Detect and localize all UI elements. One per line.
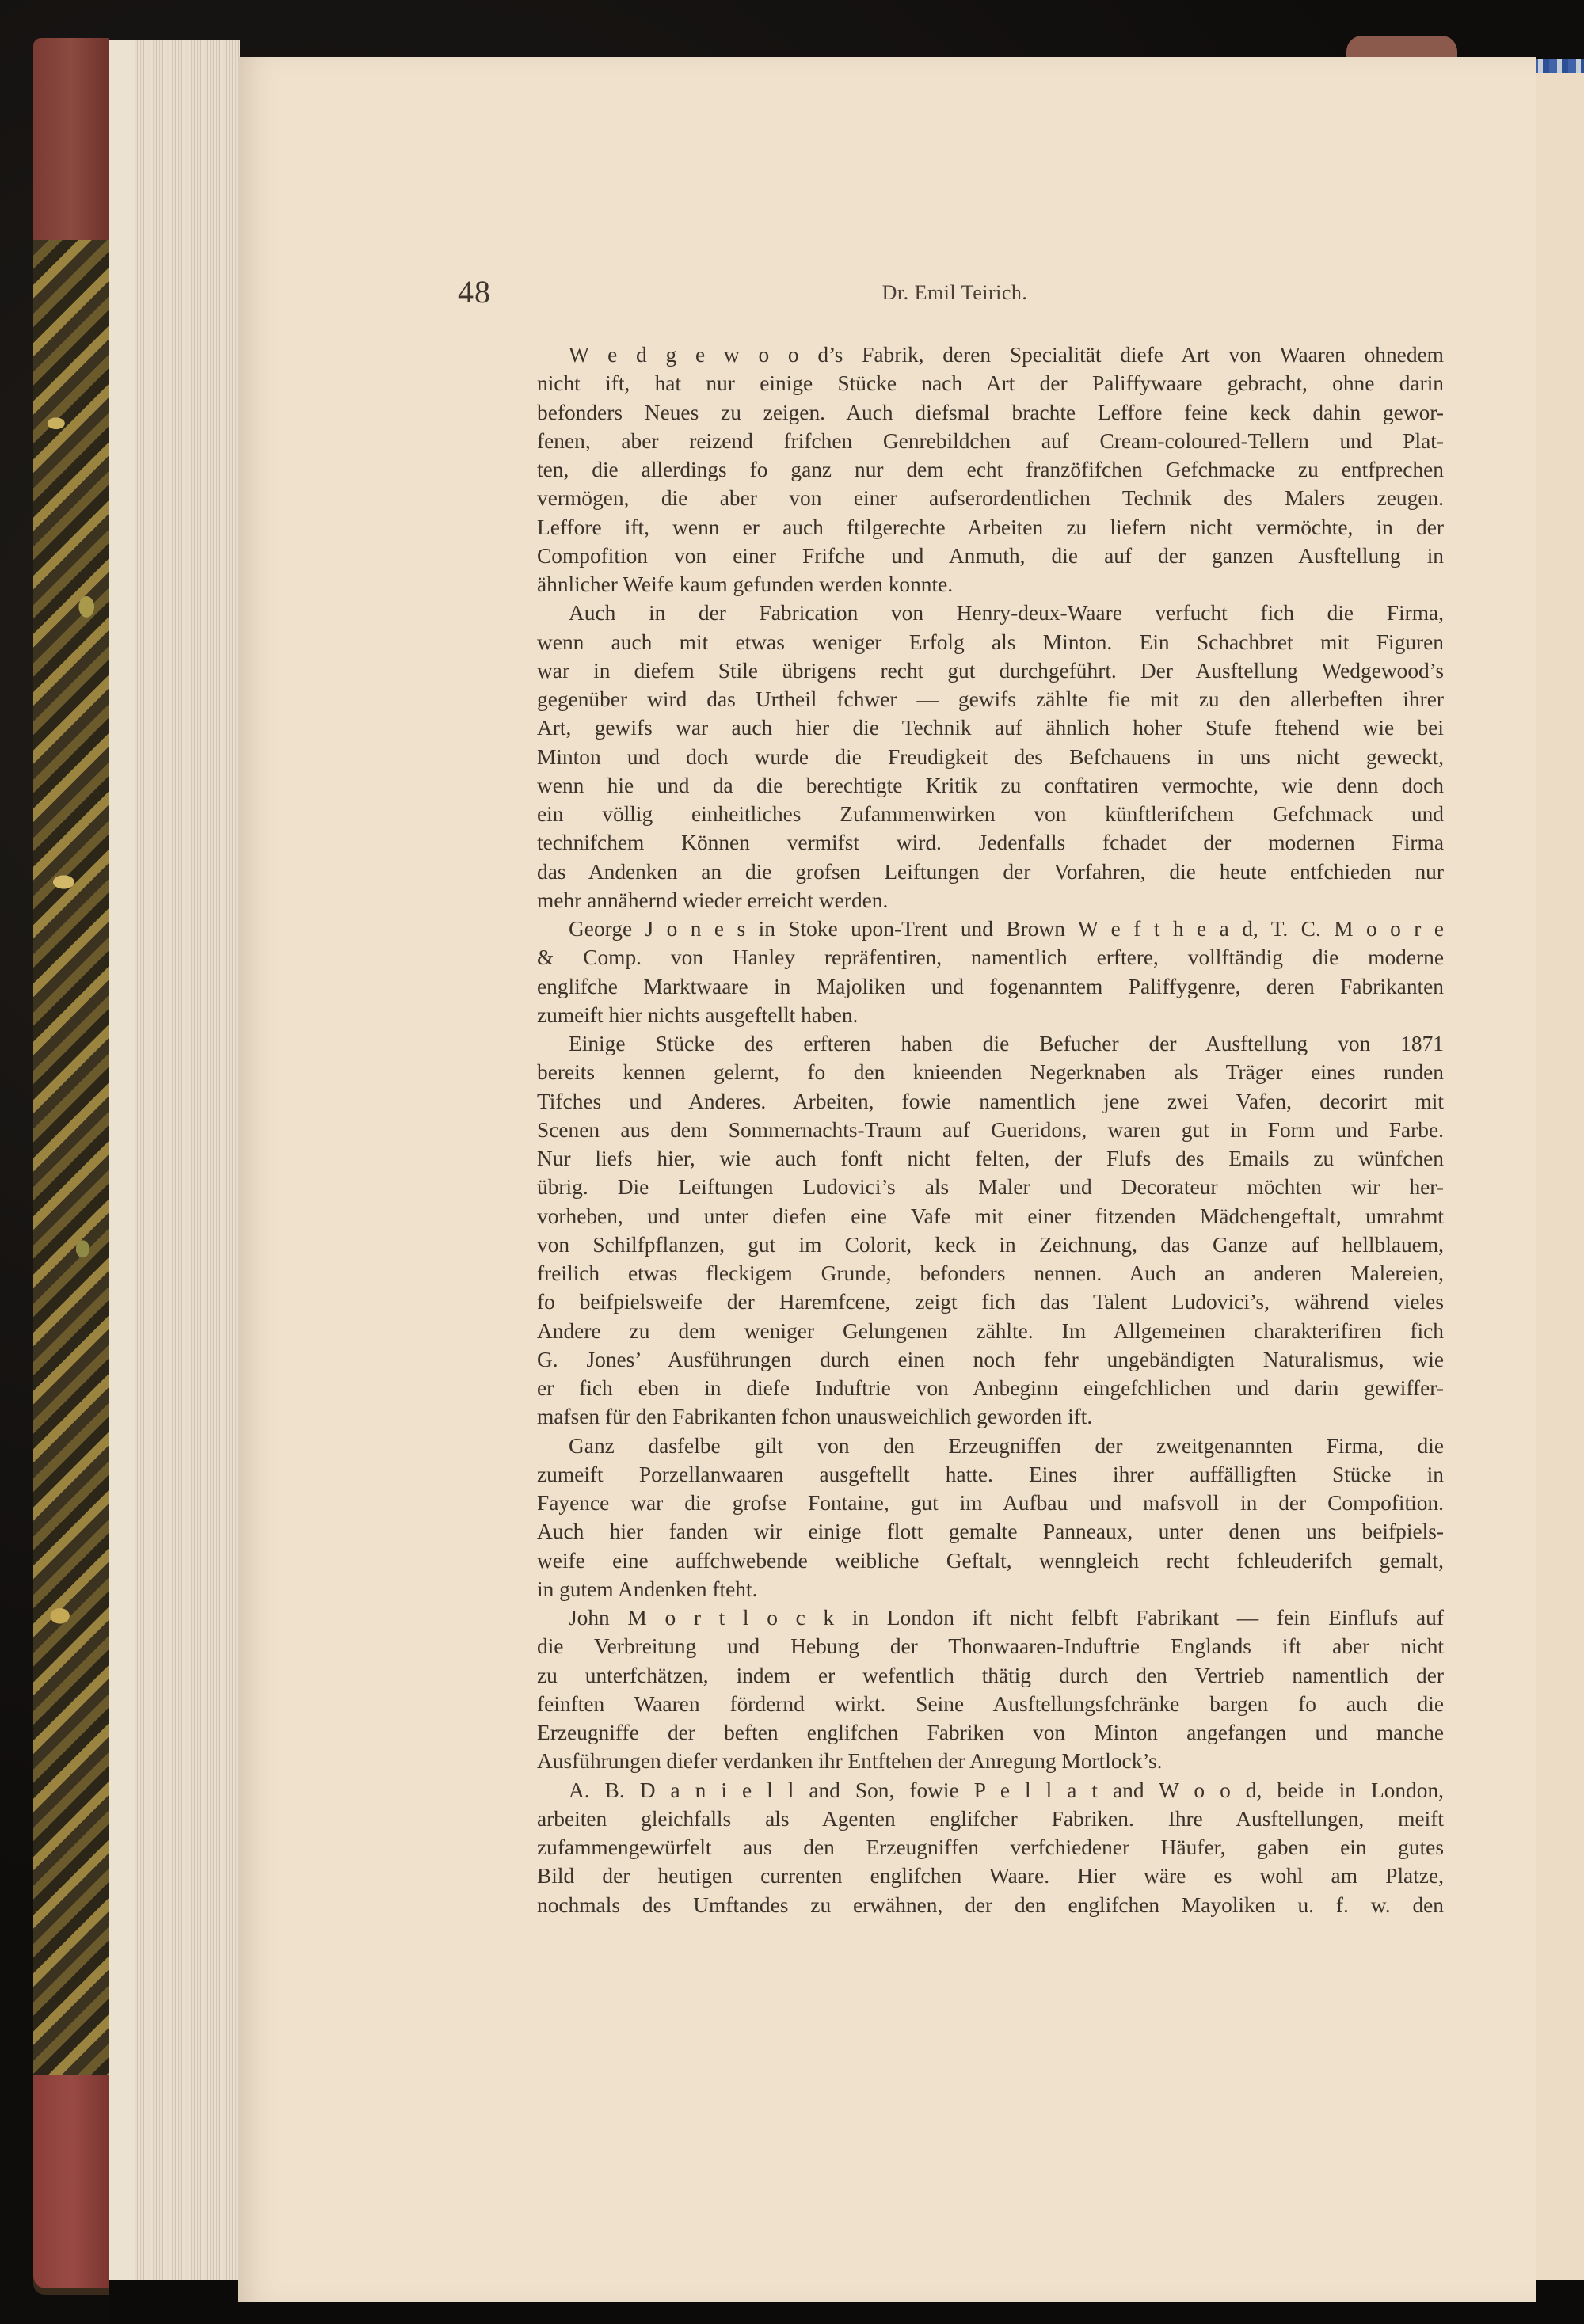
body-text: W e d g e w o o d’s Fabrik, deren Specia… <box>537 340 1444 1919</box>
text-line: Art, gewifs war auch hier die Technik au… <box>537 713 1444 742</box>
flyleaf-edge <box>109 40 135 2284</box>
text-line: feinften Waaren fördernd wirkt. Seine Au… <box>537 1690 1444 1718</box>
text-line: Auch hier fanden wir einige flott gemalt… <box>537 1517 1444 1546</box>
text-line: in gutem Andenken fteht. <box>537 1575 1444 1603</box>
text-line: Tifches und Anderes. Arbeiten, fowie nam… <box>537 1087 1444 1116</box>
text-line: war in diefem Stile übrigens recht gut d… <box>537 656 1444 685</box>
text-line: wenn auch mit etwas weniger Erfolg als M… <box>537 628 1444 656</box>
text-line: Nur liefs hier, wie auch fonft nicht fel… <box>537 1144 1444 1173</box>
facing-page-edge <box>1533 73 1584 2324</box>
text-line: Bild der heutigen currenten englifchen W… <box>537 1862 1444 1890</box>
text-line: vermögen, die aber von einer aufserorden… <box>537 484 1444 512</box>
text-line: weife eine auffchwebende weibliche Gefta… <box>537 1546 1444 1575</box>
paragraph: George J o n e s in Stoke upon-Trent und… <box>537 915 1444 1029</box>
text-line: englifche Marktwaare in Majoliken und fo… <box>537 972 1444 1001</box>
page-stack-edge <box>109 40 240 2284</box>
text-line: mafsen für den Fabrikanten fchon unauswe… <box>537 1402 1444 1431</box>
leather-corner-bottom <box>33 2075 109 2288</box>
paragraph: Einige Stücke des erfteren haben die Bef… <box>537 1029 1444 1432</box>
text-line: zumeift Porzellanwaaren ausgeftellt hatt… <box>537 1460 1444 1489</box>
text-line: Auch in der Fabrication von Henry-deux-W… <box>537 599 1444 627</box>
text-line: & Comp. von Hanley repräfentiren, nament… <box>537 943 1444 972</box>
text-line: er fich eben in diefe Induftrie von Anbe… <box>537 1374 1444 1402</box>
paragraph: A. B. D a n i e l l and Son, fowie P e l… <box>537 1776 1444 1919</box>
text-line: nicht ift, hat nur einige Stücke nach Ar… <box>537 369 1444 397</box>
text-line: Fayence war die grofse Fontaine, gut im … <box>537 1489 1444 1517</box>
marbled-board <box>33 240 109 2075</box>
text-line: zu unterfchätzen, indem er wefentlich th… <box>537 1661 1444 1690</box>
text-line: befonders Neues zu zeigen. Auch diefsmal… <box>537 398 1444 427</box>
text-line: bereits kennen gelernt, fo den knieenden… <box>537 1058 1444 1086</box>
text-line: freilich etwas fleckigem Grunde, befonde… <box>537 1259 1444 1288</box>
text-line: wenn hie und da die berechtigte Kritik z… <box>537 771 1444 800</box>
paragraph: W e d g e w o o d’s Fabrik, deren Specia… <box>537 340 1444 599</box>
running-head: 48 Dr. Emil Teirich. <box>458 273 1452 313</box>
text-line: Erzeugniffe der beften englifchen Fabrik… <box>537 1718 1444 1747</box>
text-line: gegenüber wird das Urtheil fchwer — gewi… <box>537 685 1444 713</box>
text-line: George J o n e s in Stoke upon-Trent und… <box>537 915 1444 943</box>
paragraph: John M o r t l o c k in London ift nicht… <box>537 1603 1444 1776</box>
text-line: Minton und doch wurde die Freudigkeit de… <box>537 743 1444 771</box>
text-line: A. B. D a n i e l l and Son, fowie P e l… <box>537 1776 1444 1805</box>
text-line: Compofition von einer Frifche und Anmuth… <box>537 542 1444 570</box>
text-line: vorheben, und unter diefen eine Vafe mit… <box>537 1202 1444 1230</box>
text-line: W e d g e w o o d’s Fabrik, deren Specia… <box>537 340 1444 369</box>
text-line: Einige Stücke des erfteren haben die Bef… <box>537 1029 1444 1058</box>
text-line: Andere zu dem weniger Gelungenen zählte.… <box>537 1317 1444 1345</box>
text-line: Scenen aus dem Sommernachts-Traum auf Gu… <box>537 1116 1444 1144</box>
text-line: ein völlig einheitliches Zufammenwirken … <box>537 800 1444 828</box>
text-line: nochmals des Umftandes zu erwähnen, der … <box>537 1891 1444 1919</box>
running-title: Dr. Emil Teirich. <box>458 281 1452 305</box>
text-line: mehr annähernd wieder erreicht werden. <box>537 886 1444 915</box>
text-line: die Verbreitung und Hebung der Thonwaare… <box>537 1632 1444 1660</box>
text-line: fo beifpielsweife der Haremfcene, zeigt … <box>537 1288 1444 1316</box>
text-line: G. Jones’ Ausführungen durch einen noch … <box>537 1345 1444 1374</box>
text-line: das Andenken an die grofsen Leiftungen d… <box>537 858 1444 886</box>
text-line: ten, die allerdings fo ganz nur dem echt… <box>537 455 1444 484</box>
paragraph: Auch in der Fabrication von Henry-deux-W… <box>537 599 1444 915</box>
text-line: ähnlicher Weife kaum gefunden werden kon… <box>537 570 1444 599</box>
text-line: technifchem Können vermifst wird. Jedenf… <box>537 828 1444 857</box>
text-line: von Schilfpflanzen, gut im Colorit, keck… <box>537 1230 1444 1259</box>
text-line: arbeiten gleichfalls als Agenten englifc… <box>537 1805 1444 1833</box>
text-line: zumeift hier nichts ausgeftellt haben. <box>537 1001 1444 1029</box>
text-line: fenen, aber reizend frifchen Genrebildch… <box>537 427 1444 455</box>
text-line: John M o r t l o c k in London ift nicht… <box>537 1603 1444 1632</box>
text-line: Ausführungen diefer verdanken ihr Entfte… <box>537 1747 1444 1775</box>
paragraph: Ganz dasfelbe gilt von den Erzeugniffen … <box>537 1432 1444 1604</box>
text-line: Leffore ift, wenn er auch ftilgerechte A… <box>537 513 1444 542</box>
leather-corner-top <box>33 38 109 240</box>
text-line: Ganz dasfelbe gilt von den Erzeugniffen … <box>537 1432 1444 1460</box>
text-line: zufammengewürfelt aus den Erzeugniffen v… <box>537 1833 1444 1862</box>
text-line: übrig. Die Leiftungen Ludovici’s als Mal… <box>537 1173 1444 1201</box>
